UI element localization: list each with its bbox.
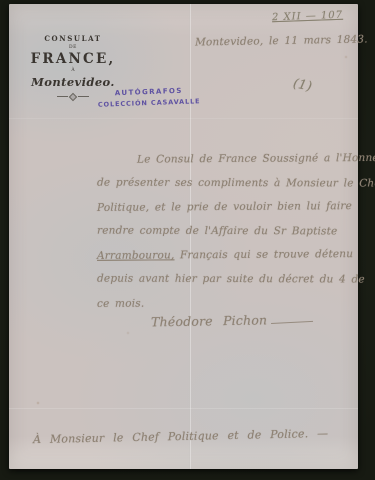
letterhead-france: FRANCE, xyxy=(29,51,117,67)
fold-crease-horizontal-lower xyxy=(9,408,358,410)
body-line: Politique, et le prie de vouloir bien lu… xyxy=(97,194,347,220)
ornament-line-right xyxy=(78,96,89,97)
archival-number: 2 XII — 107 xyxy=(272,10,343,23)
body-line: Arrambourou, Français qui se trouve déte… xyxy=(97,242,347,268)
ornament-line-left xyxy=(57,96,68,97)
photo-background: 2 XII — 107 CONSULAT DE FRANCE, À Montev… xyxy=(0,0,375,480)
letterhead-de: DE xyxy=(29,45,117,50)
address-line: À Monsieur le Chef Politique et de Polic… xyxy=(33,427,328,446)
date-line: Montevideo, le 11 mars 1843. xyxy=(195,33,368,48)
body-line: Le Consul de France Soussigné a l'Honneu… xyxy=(97,146,347,172)
page-number-mark: (1) xyxy=(292,76,314,95)
letter-body: Le Consul de France Soussigné a l'Honneu… xyxy=(97,147,347,315)
diamond-icon xyxy=(69,92,77,100)
signature-flourish xyxy=(271,321,313,324)
letterhead-a: À xyxy=(29,68,117,73)
fold-crease-horizontal-upper xyxy=(9,118,358,120)
signature-name: Théodore Pichon xyxy=(151,312,267,329)
body-line: depuis avant hier par suite du décret du… xyxy=(97,267,347,292)
letter-paper: 2 XII — 107 CONSULAT DE FRANCE, À Montev… xyxy=(9,4,358,469)
underlined-name: Arrambourou, xyxy=(97,249,175,262)
stamp-line-coleccion: COLECCIÓN CASAVALLE xyxy=(97,97,201,109)
foxing-specks xyxy=(9,4,11,6)
body-line: rendre compte de l'Affaire du Sr Baptist… xyxy=(97,219,347,244)
letterhead-montevideo: Montevideo. xyxy=(29,75,117,89)
body-line: de présenter ses compliments à Monsieur … xyxy=(97,171,347,196)
letterhead-consulat: CONSULAT xyxy=(29,34,117,43)
collection-stamp: AUTÓGRAFOS COLECCIÓN CASAVALLE xyxy=(97,86,202,108)
body-line-rest: Français qui se trouve détenu xyxy=(180,248,353,261)
signature: Théodore Pichon xyxy=(151,312,313,330)
